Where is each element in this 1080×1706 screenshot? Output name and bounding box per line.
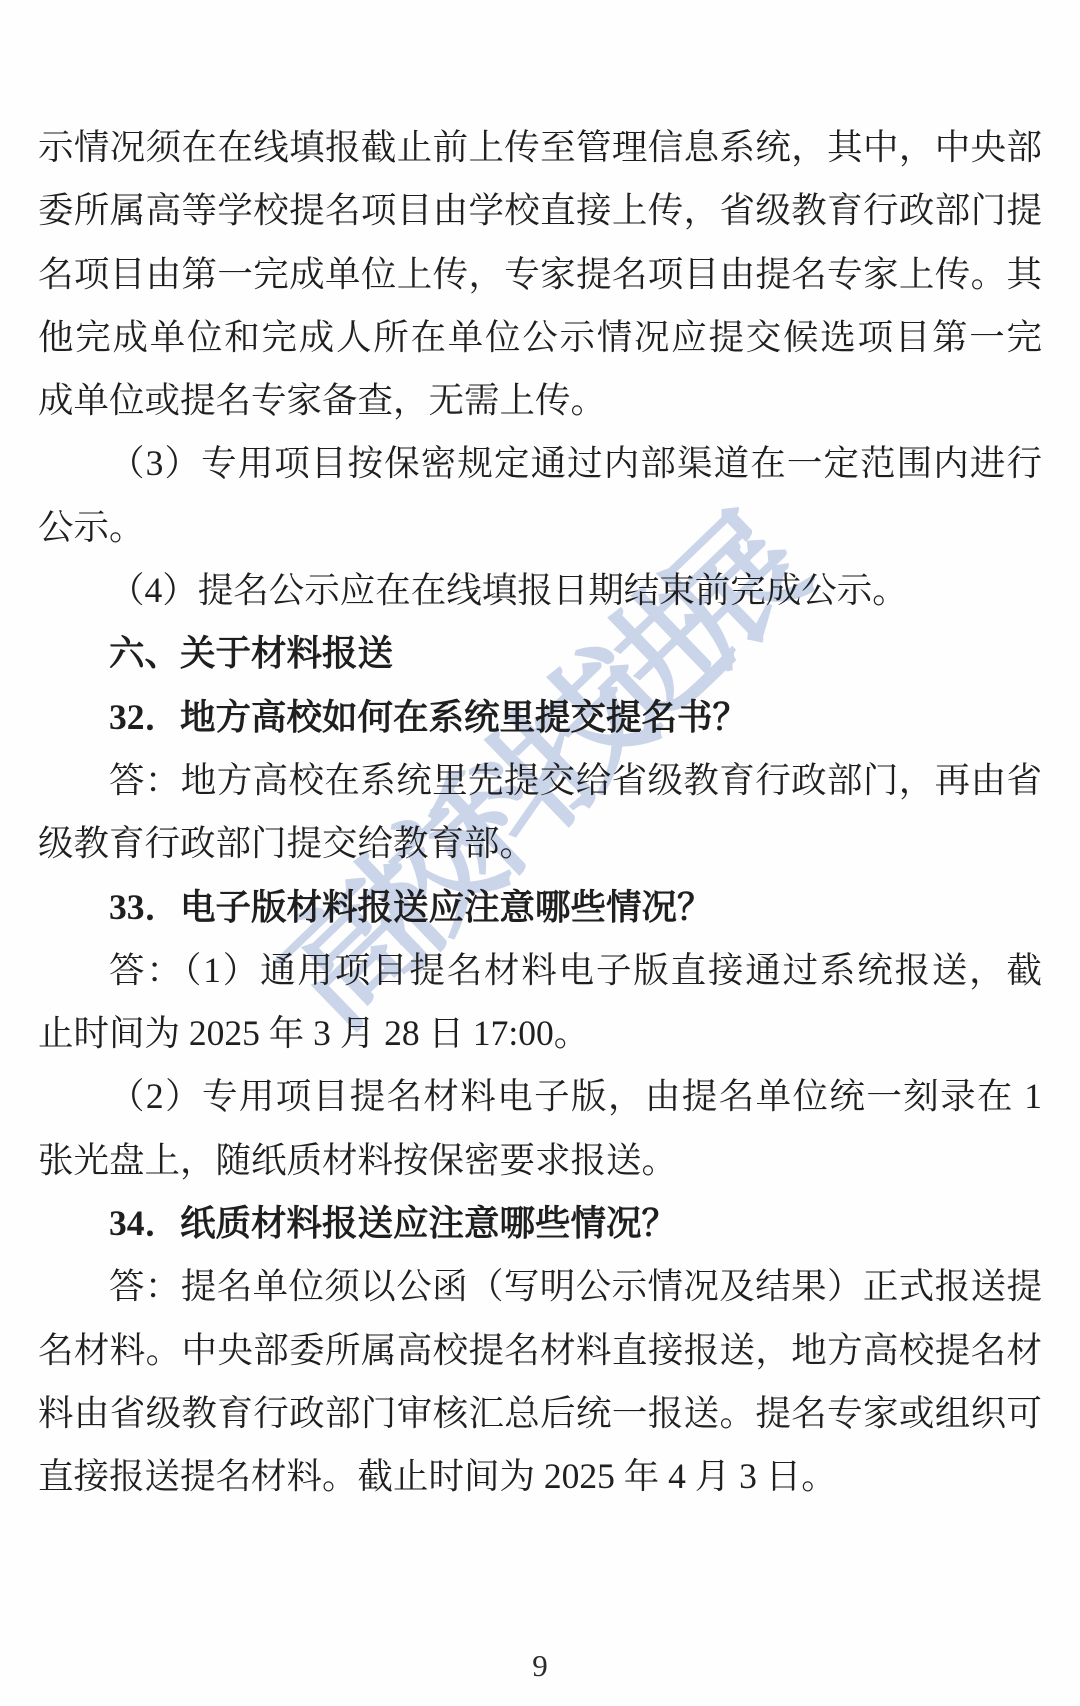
text-line: 示情况须在在线填报截止前上传至管理信息系统，其中，中央部 <box>38 116 1042 179</box>
text-line: （2）专用项目提名材料电子版，由提名单位统一刻录在 1 <box>38 1065 1042 1128</box>
heading-line: 六、关于材料报送 <box>38 622 1042 685</box>
text-line: 答：（1）通用项目提名材料电子版直接通过系统报送，截 <box>38 939 1042 1002</box>
text-line: 级教育行政部门提交给教育部。 <box>38 812 1042 875</box>
text-line: 答：提名单位须以公函（写明公示情况及结果）正式报送提 <box>38 1255 1042 1318</box>
text-line: 名材料。中央部委所属高校提名材料直接报送，地方高校提名材 <box>38 1319 1042 1382</box>
text-line: 他完成单位和完成人所在单位公示情况应提交候选项目第一完 <box>38 306 1042 369</box>
text-line: 委所属高等学校提名项目由学校直接上传，省级教育行政部门提 <box>38 179 1042 242</box>
text-line: （4）提名公示应在在线填报日期结束前完成公示。 <box>38 559 1042 622</box>
text-line: 料由省级教育行政部门审核汇总后统一报送。提名专家或组织可 <box>38 1382 1042 1445</box>
text-line: 答：地方高校在系统里先提交给省级教育行政部门，再由省 <box>38 749 1042 812</box>
document-body: 示情况须在在线填报截止前上传至管理信息系统，其中，中央部委所属高等学校提名项目由… <box>38 116 1042 1509</box>
text-line: 直接报送提名材料。截止时间为 2025 年 4 月 3 日。 <box>38 1445 1042 1508</box>
text-line: （3）专用项目按保密规定通过内部渠道在一定范围内进行 <box>38 432 1042 495</box>
text-line: 公示。 <box>38 496 1042 559</box>
text-line: 成单位或提名专家备查，无需上传。 <box>38 369 1042 432</box>
heading-line: 33．电子版材料报送应注意哪些情况？ <box>38 876 1042 939</box>
text-line: 张光盘上，随纸质材料按保密要求报送。 <box>38 1129 1042 1192</box>
heading-line: 34．纸质材料报送应注意哪些情况？ <box>38 1192 1042 1255</box>
page-number: 9 <box>0 1650 1080 1681</box>
document-page: 高校科技进展 示情况须在在线填报截止前上传至管理信息系统，其中，中央部委所属高等… <box>0 0 1080 1706</box>
text-line: 名项目由第一完成单位上传，专家提名项目由提名专家上传。其 <box>38 243 1042 306</box>
text-line: 止时间为 2025 年 3 月 28 日 17:00。 <box>38 1002 1042 1065</box>
heading-line: 32．地方高校如何在系统里提交提名书？ <box>38 686 1042 749</box>
